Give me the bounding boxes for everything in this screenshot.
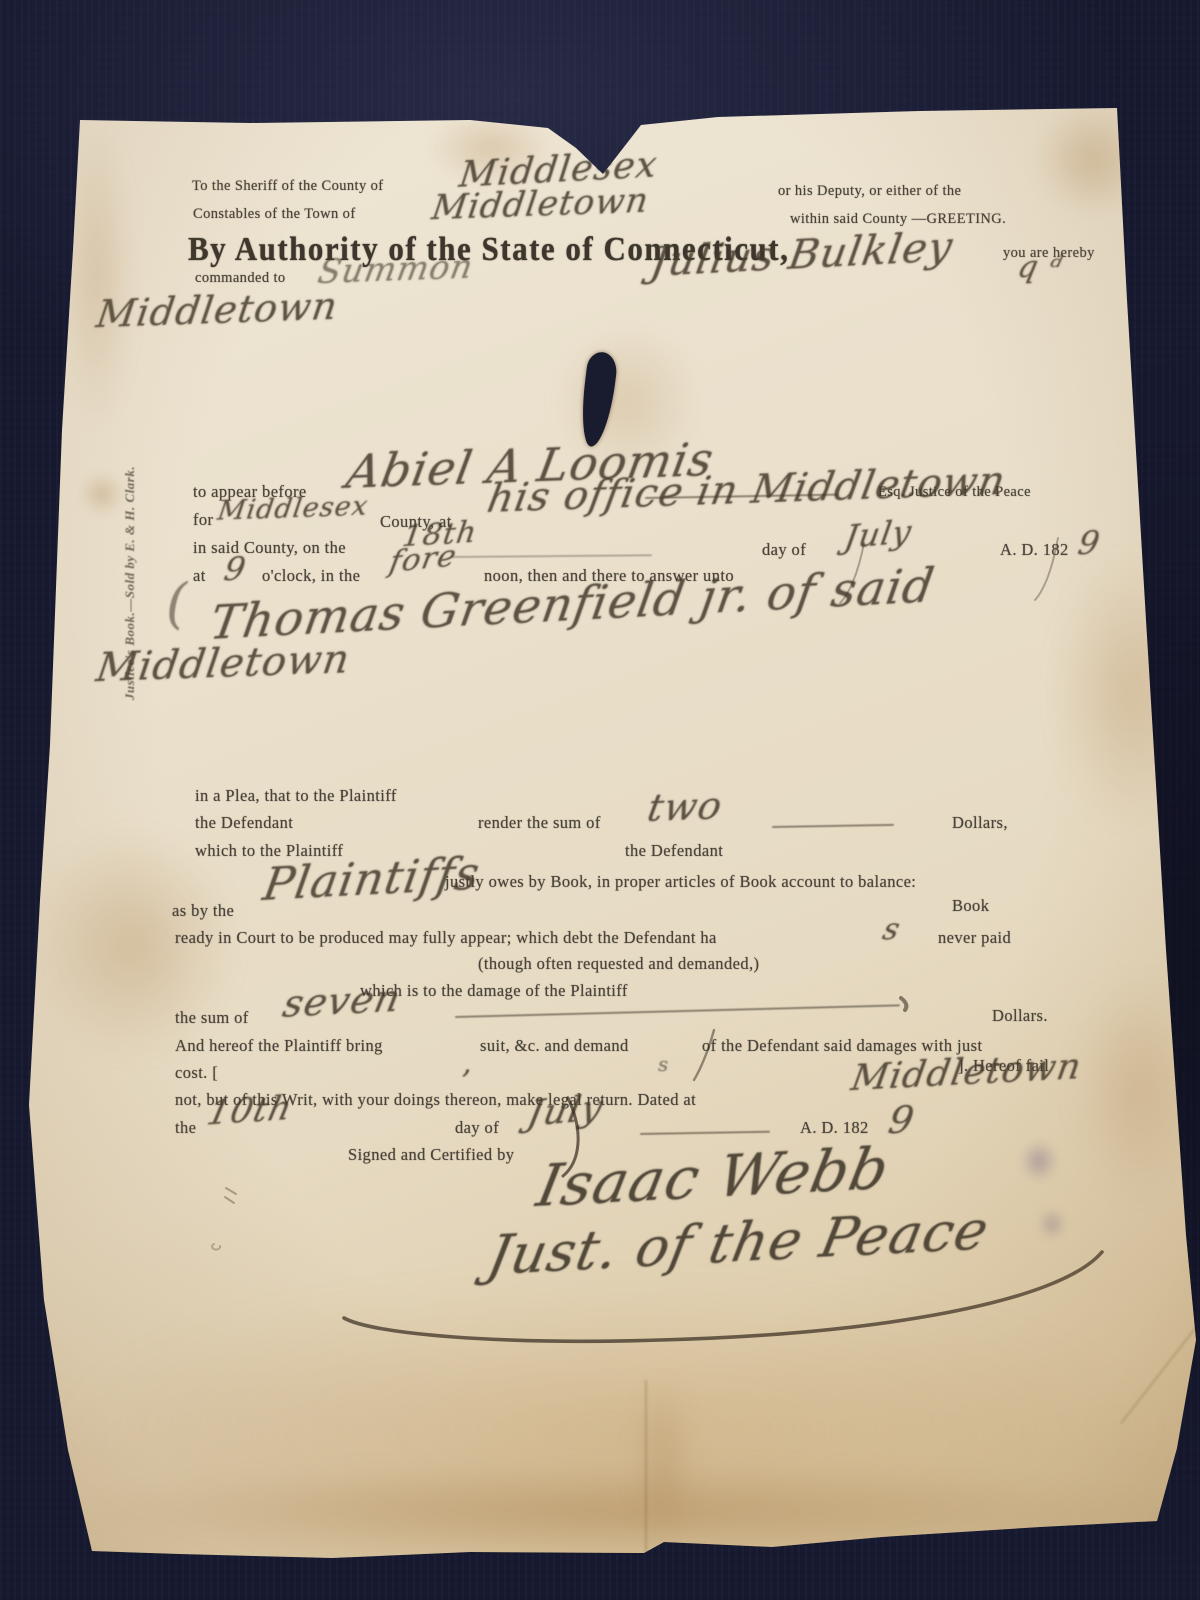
handwritten-name-suffix: q ᵈ <box>1015 250 1066 285</box>
handwritten-forenoon: fore <box>387 538 460 580</box>
printers-margin-note: Justice's Book.—Sold by E. & H. Clark. <box>122 423 138 743</box>
handwritten-ha-s: s <box>879 912 904 947</box>
ink-dash-after-month <box>640 1131 770 1135</box>
stain-top-right <box>1035 102 1150 217</box>
ink-spot-purple-2 <box>1038 1208 1066 1240</box>
handwritten-party: Plaintiffs <box>260 847 484 911</box>
handwritten-year-digit: 9 <box>1075 524 1103 562</box>
handwritten-amount: two <box>644 783 726 830</box>
printed-on-the: in said County, on the <box>193 538 346 558</box>
printed-day-of-2: day of <box>455 1118 499 1138</box>
ink-spot-purple-1 <box>1020 1140 1058 1182</box>
printed-owes-by-book: justly owes by Book, in proper articles … <box>445 872 916 892</box>
paper-hole <box>577 351 618 449</box>
printed-suit-demand: suit, &c. and demand <box>480 1036 629 1056</box>
handwritten-bracket: ( <box>166 572 188 635</box>
printed-plea-line1: in a Plea, that to the Plaintiff <box>195 786 397 806</box>
crease-bottom-center <box>645 1380 647 1552</box>
printed-the-2: the <box>175 1118 196 1138</box>
printed-as-by-the: as by the <box>172 901 234 921</box>
printed-year: A. D. 182 <box>1000 540 1069 560</box>
photo-background: Justice's Book.—Sold by E. & H. Clark. T… <box>0 0 1200 1600</box>
stain-right-mid <box>1055 555 1200 825</box>
printed-for: for <box>193 510 213 530</box>
printed-render-sum: render the sum of <box>478 813 601 833</box>
foxing-left <box>80 472 124 516</box>
stain-right-lower <box>1075 975 1200 1200</box>
handwritten-mark-s: s <box>658 1052 669 1076</box>
printed-oclock: o'clock, in the <box>262 566 360 586</box>
stain-bottom-wash <box>60 1280 1160 1580</box>
printed-the-defendant-2: the Defendant <box>625 841 723 861</box>
printed-at: at <box>193 566 206 586</box>
handwritten-month-2: July <box>524 1088 607 1135</box>
printed-deputy-line: or his Deputy, or either of the <box>778 183 961 200</box>
printed-sheriff-line: To the Sheriff of the County of <box>192 178 384 195</box>
document-paper: Justice's Book.—Sold by E. & H. Clark. T… <box>0 0 1200 1600</box>
printed-day-of: day of <box>762 540 806 560</box>
printed-dollars: Dollars, <box>952 813 1008 833</box>
printed-hereof-bring: And hereof the Plaintiff bring <box>175 1036 383 1056</box>
printed-never-paid: never paid <box>938 928 1011 948</box>
handwritten-comma: , <box>462 1046 473 1081</box>
handwritten-county-2: Middlesex <box>216 491 371 527</box>
ink-dash-after-day <box>452 554 652 558</box>
printed-constables-line: Constables of the Town of <box>193 206 356 223</box>
handwritten-month: July <box>842 512 915 556</box>
printed-though-requested: (though often requested and demanded,) <box>478 954 759 974</box>
handwritten-town: Middletown <box>429 180 651 227</box>
handwritten-defendant-town: Middletown <box>94 284 341 336</box>
stain-left-edge-top <box>62 120 132 430</box>
ink-dash-after-damages <box>455 1004 900 1018</box>
printed-sum-of: the sum of <box>175 1008 249 1028</box>
handwritten-date: 10th <box>203 1088 296 1134</box>
printed-book: Book <box>952 896 989 916</box>
ink-dash-after-amount <box>772 824 894 828</box>
printed-ready-in-court: ready in Court to be produced may fully … <box>175 928 717 948</box>
printed-commanded-to: commanded to <box>195 270 286 287</box>
handwritten-damages-amount: seven <box>279 976 404 1026</box>
printed-signed-certified: Signed and Certified by <box>348 1145 514 1165</box>
printed-cost-bracket: cost. [ <box>175 1063 218 1083</box>
stain-bottom-edge <box>70 1462 1160 1562</box>
printed-dollars-2: Dollars. <box>992 1006 1048 1026</box>
crease-bottom-right <box>1120 1277 1200 1424</box>
stain-bottom-crease <box>630 1375 695 1550</box>
printed-the-defendant: the Defendant <box>195 813 293 833</box>
handwritten-plaintiff-town: Middletown <box>93 636 352 691</box>
